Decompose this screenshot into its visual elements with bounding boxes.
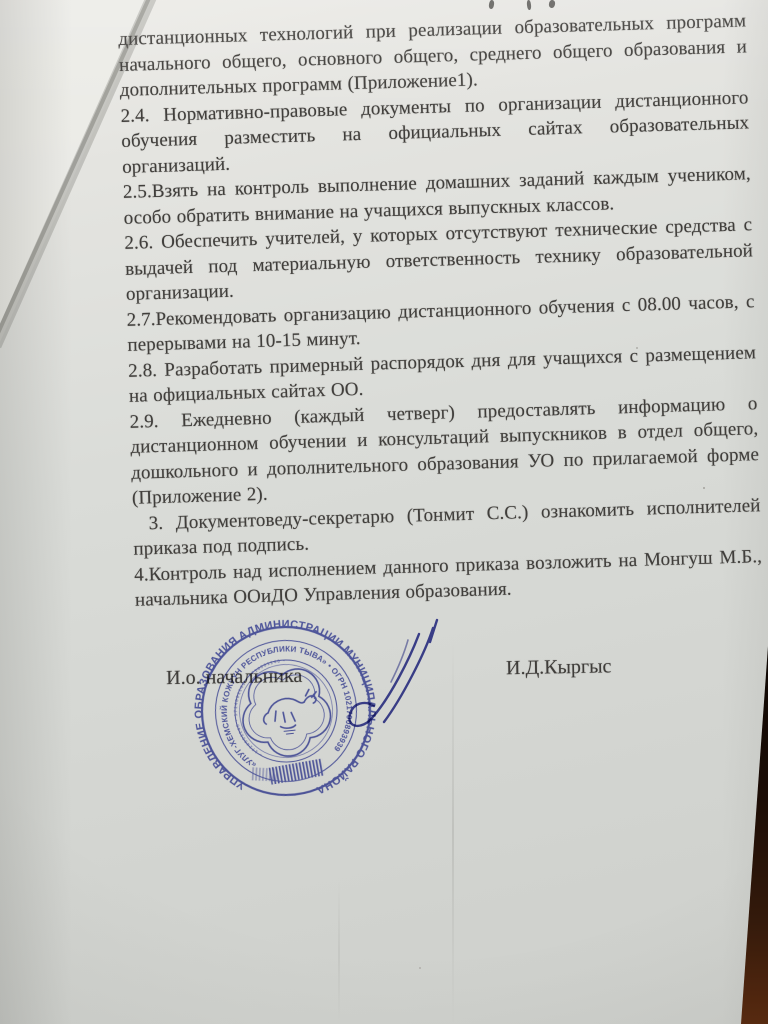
photo-background: 10 дистанционных технологий при реализац… bbox=[0, 0, 768, 1024]
document-page: дистанционных технологий при реализации … bbox=[0, 0, 768, 1024]
paper-crease bbox=[338, 880, 340, 1024]
document-body: дистанционных технологий при реализации … bbox=[118, 8, 763, 613]
cut-off-text-fragment bbox=[548, 0, 555, 8]
cut-off-text-fragment bbox=[526, 0, 531, 10]
signer-name: И.Д.Кыргыс bbox=[506, 655, 612, 680]
stamp-hatch-mark bbox=[249, 758, 325, 786]
cut-off-text-fragment bbox=[488, 0, 494, 9]
paper-crease bbox=[452, 640, 454, 1024]
signature-scribble bbox=[318, 608, 452, 742]
paragraph-2-9: 2.9. Ежедневно (каждый четверг) предоста… bbox=[129, 391, 760, 512]
paper-speck bbox=[0, 0, 2, 2]
stamp-emblem-creature bbox=[261, 689, 320, 737]
